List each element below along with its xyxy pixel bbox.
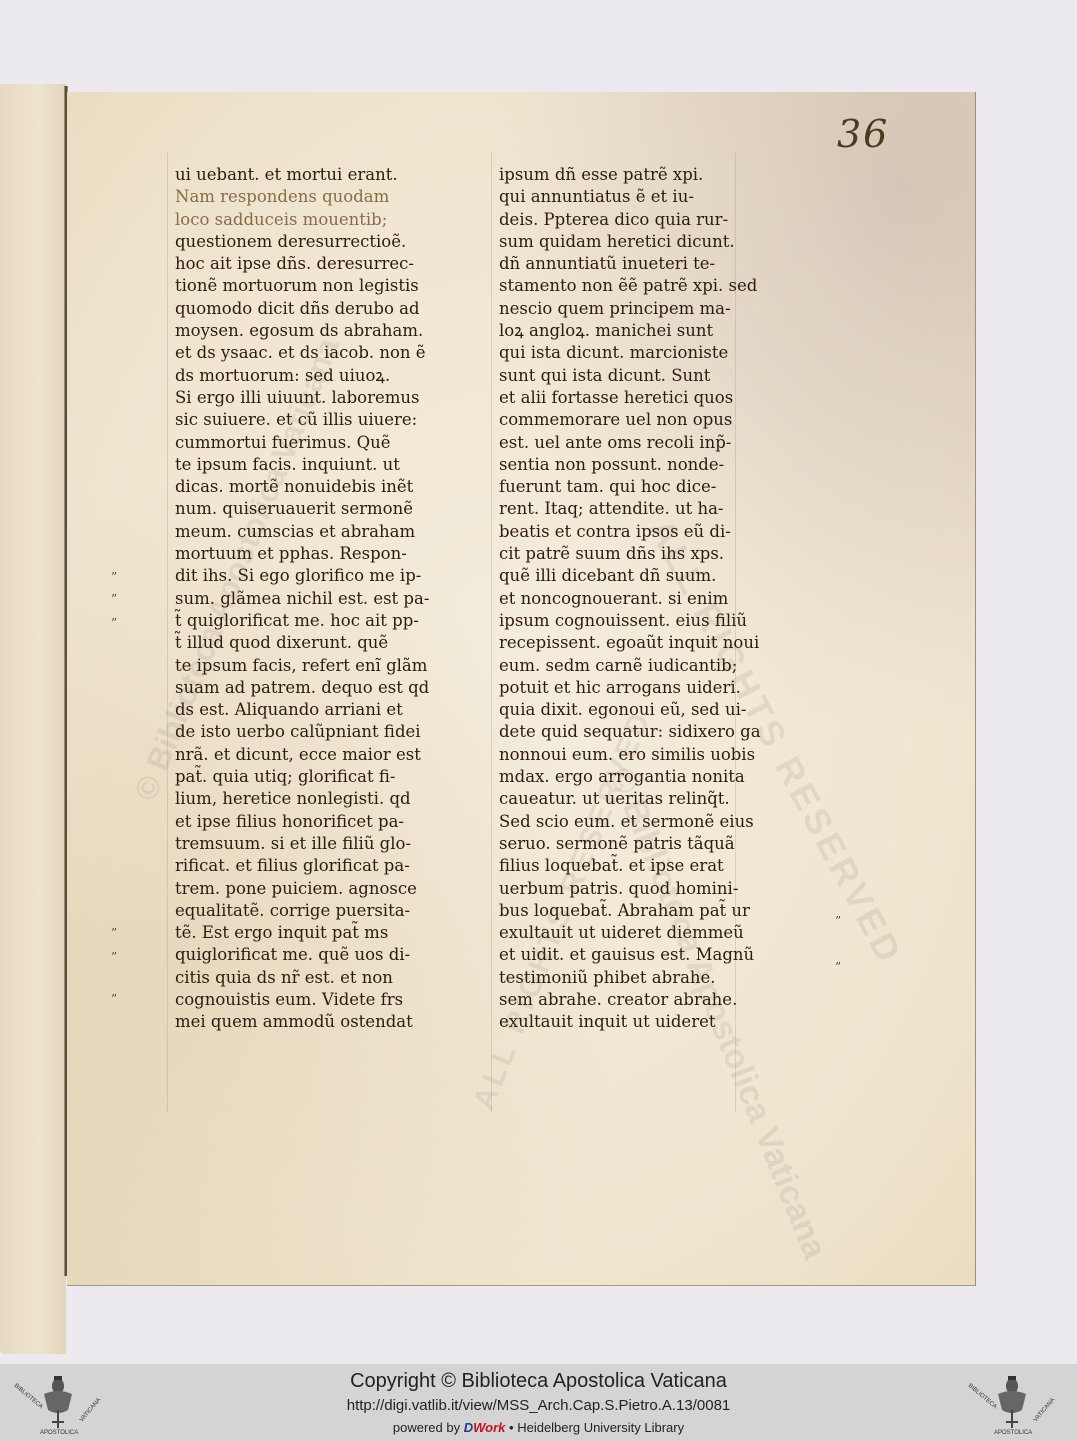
margin-quotation-mark: ” — [111, 992, 117, 1006]
text-line: equalitatẽ. corrige puersita- — [175, 900, 429, 922]
text-line: exultauit inquit ut uideret — [499, 1011, 761, 1033]
text-line: ds est. Aliquando arriani et — [175, 699, 429, 721]
text-line: mei quem ammodũ ostendat — [175, 1011, 429, 1033]
margin-quotation-mark: ” — [835, 914, 841, 928]
margin-quotation-mark: ” — [835, 960, 841, 974]
text-line: dñ annuntiatũ inueteri te- — [499, 253, 761, 275]
svg-text:APOSTOLICA: APOSTOLICA — [994, 1430, 1032, 1436]
text-line: cummortui fuerimus. Quẽ — [175, 432, 429, 454]
text-line: tremsuum. si et ille filiũ glo- — [175, 833, 429, 855]
ruling-line — [491, 152, 492, 1112]
text-line: qui annuntiatus ẽ et iu- — [499, 186, 761, 208]
powered-by-prefix: powered by — [393, 1420, 460, 1435]
powered-by-line: powered by DWork • Heidelberg University… — [0, 1420, 1077, 1435]
margin-quotation-mark: ” — [111, 570, 117, 584]
text-line: Sed scio eum. et sermonẽ eius — [499, 811, 761, 833]
text-line: num. quiseruauerit sermonẽ — [175, 498, 429, 520]
text-line: et noncognouerant. si enim — [499, 588, 761, 610]
text-line: quiglorificat me. quẽ uos di- — [175, 944, 429, 966]
text-line: sum quidam heretici dicunt. — [499, 231, 761, 253]
text-line: exultauit ut uideret diemmeũ — [499, 922, 761, 944]
text-line: hoc ait ipse dñs. deresurrec- — [175, 253, 429, 275]
text-line: de isto uerbo calũpniant fidei — [175, 721, 429, 743]
manuscript-scan: 36 ALL RIGHTS RESERVED © Biblioteca Apos… — [0, 0, 1077, 1364]
text-line: nrã. et dicunt, ecce maior est — [175, 744, 429, 766]
folio-number: 36 — [837, 112, 889, 156]
text-line: moysen. egosum ds abraham. — [175, 320, 429, 342]
text-line: sic suiuere. et cũ illis uiuere: — [175, 409, 429, 431]
text-line: loꝝ angloꝝ. manichei sunt — [499, 320, 761, 342]
text-line: quia dixit. egonoui eũ, sed ui- — [499, 699, 761, 721]
text-line: deis. Ppterea dico quia rur- — [499, 209, 761, 231]
text-line: quẽ illi dicebant dñ suum. — [499, 565, 761, 587]
text-line: Si ergo illi uiuunt. laboremus — [175, 387, 429, 409]
dwork-brand: DWork — [464, 1420, 506, 1435]
text-line: loco sadduceis mouentib; — [175, 209, 429, 231]
margin-quotation-mark: ” — [111, 950, 117, 964]
text-line: tionẽ mortuorum non legistis — [175, 275, 429, 297]
text-line: cit patrẽ suum dñs ihs xps. — [499, 543, 761, 565]
text-line: et ds ysaac. et ds iacob. non ẽ — [175, 342, 429, 364]
text-line: recepissent. egoaũt inquit noui — [499, 632, 761, 654]
copyright-footer: BIBLIOTECA APOSTOLICA VATICANA Copyright… — [0, 1364, 1077, 1441]
text-line: pat̃. quia utiq; glorificat fi- — [175, 766, 429, 788]
svg-text:VATICANA: VATICANA — [1033, 1397, 1056, 1423]
text-line: et uidit. et gauisus est. Magnũ — [499, 944, 761, 966]
text-line: dete quid sequatur: sidixero ga — [499, 721, 761, 743]
text-line: bus loquebat̃. Abraham pat̃ ur — [499, 900, 761, 922]
left-facing-leaf — [0, 84, 66, 1354]
text-line: suam ad patrem. dequo est qd — [175, 677, 429, 699]
text-line: commemorare uel non opus — [499, 409, 761, 431]
text-line: beatis et contra ipsos eũ di- — [499, 521, 761, 543]
text-line: caueatur. ut ueritas relinq̃t. — [499, 788, 761, 810]
text-line: fuerunt tam. qui hoc dice- — [499, 476, 761, 498]
text-line: testimoniũ phibet abrahe. — [499, 967, 761, 989]
svg-text:BIBLIOTECA: BIBLIOTECA — [967, 1383, 998, 1410]
text-line: t̃ illud quod dixerunt. quẽ — [175, 632, 429, 654]
text-line: est. uel ante oms recoli inp̃- — [499, 432, 761, 454]
margin-quotation-mark: ” — [111, 592, 117, 606]
text-line: et ipse filius honorificet pa- — [175, 811, 429, 833]
text-line: questionem deresurrectioẽ. — [175, 231, 429, 253]
text-line: citis quia ds nr̃ est. et non — [175, 967, 429, 989]
ruling-line — [167, 152, 168, 1112]
text-line: et alii fortasse heretici quos — [499, 387, 761, 409]
text-line: filius loquebat̃. et ipse erat — [499, 855, 761, 877]
text-line: sunt qui ista dicunt. Sunt — [499, 365, 761, 387]
text-line: uerbum patris. quod homini- — [499, 878, 761, 900]
text-column-left: ui uebant. et mortui erant. Nam responde… — [175, 164, 429, 1034]
text-line: sentia non possunt. nonde- — [499, 454, 761, 476]
text-line: ds mortuorum: sed uiuoꝝ. — [175, 365, 429, 387]
text-line: tẽ. Est ergo inquit pat̃ ms — [175, 922, 429, 944]
text-line: t̃ quiglorificat me. hoc ait pp- — [175, 610, 429, 632]
powered-by-suffix: Heidelberg University Library — [517, 1420, 684, 1435]
text-line: dit ihs. Si ego glorifico me ip- — [175, 565, 429, 587]
copyright-notice: Copyright © Biblioteca Apostolica Vatica… — [0, 1370, 1077, 1393]
text-line: nonnoui eum. ero similis uobis — [499, 744, 761, 766]
text-line: qui ista dicunt. marcioniste — [499, 342, 761, 364]
text-line: trem. pone puiciem. agnosce — [175, 878, 429, 900]
text-line: lium, heretice nonlegisti. qd — [175, 788, 429, 810]
text-line: ipsum cognouissent. eius filiũ — [499, 610, 761, 632]
text-line: ipsum dñ esse patrẽ xpi. — [499, 164, 761, 186]
text-line: eum. sedm carnẽ iudicantib; — [499, 655, 761, 677]
separator-dot: • — [509, 1420, 514, 1435]
text-line: dicas. mortẽ nonuidebis inẽt — [175, 476, 429, 498]
text-column-right: ipsum dñ esse patrẽ xpi. qui annuntiatus… — [499, 164, 761, 1034]
margin-quotation-mark: ” — [111, 616, 117, 630]
text-line: potuit et hic arrogans uideri. — [499, 677, 761, 699]
text-line: meum. cumscias et abraham — [175, 521, 429, 543]
vatican-library-seal-icon: BIBLIOTECA APOSTOLICA VATICANA — [962, 1370, 1062, 1436]
source-url[interactable]: http://digi.vatlib.it/view/MSS_Arch.Cap.… — [0, 1397, 1077, 1414]
manuscript-page: 36 ALL RIGHTS RESERVED © Biblioteca Apos… — [67, 92, 976, 1286]
text-line: te ipsum facis, refert enĩ glãm — [175, 655, 429, 677]
text-line: sum. glãmea nichil est. est pa- — [175, 588, 429, 610]
text-line: rent. Itaq; attendite. ut ha- — [499, 498, 761, 520]
text-line: stamento non ẽẽ patrẽ xpi. sed — [499, 275, 761, 297]
text-line: nescio quem principem ma- — [499, 298, 761, 320]
text-line: quomodo dicit dñs derubo ad — [175, 298, 429, 320]
text-line: mdax. ergo arrogantia nonita — [499, 766, 761, 788]
text-line: seruo. sermonẽ patris tãquã — [499, 833, 761, 855]
text-line: cognouistis eum. Videte frs — [175, 989, 429, 1011]
text-line: mortuum et pphas. Respon- — [175, 543, 429, 565]
text-line: Nam respondens quodam — [175, 186, 429, 208]
text-line: rificat. et filius glorificat pa- — [175, 855, 429, 877]
text-line: sem abrahe. creator abrahe. — [499, 989, 761, 1011]
text-line: ui uebant. et mortui erant. — [175, 164, 429, 186]
margin-quotation-mark: ” — [111, 926, 117, 940]
text-line: te ipsum facis. inquiunt. ut — [175, 454, 429, 476]
